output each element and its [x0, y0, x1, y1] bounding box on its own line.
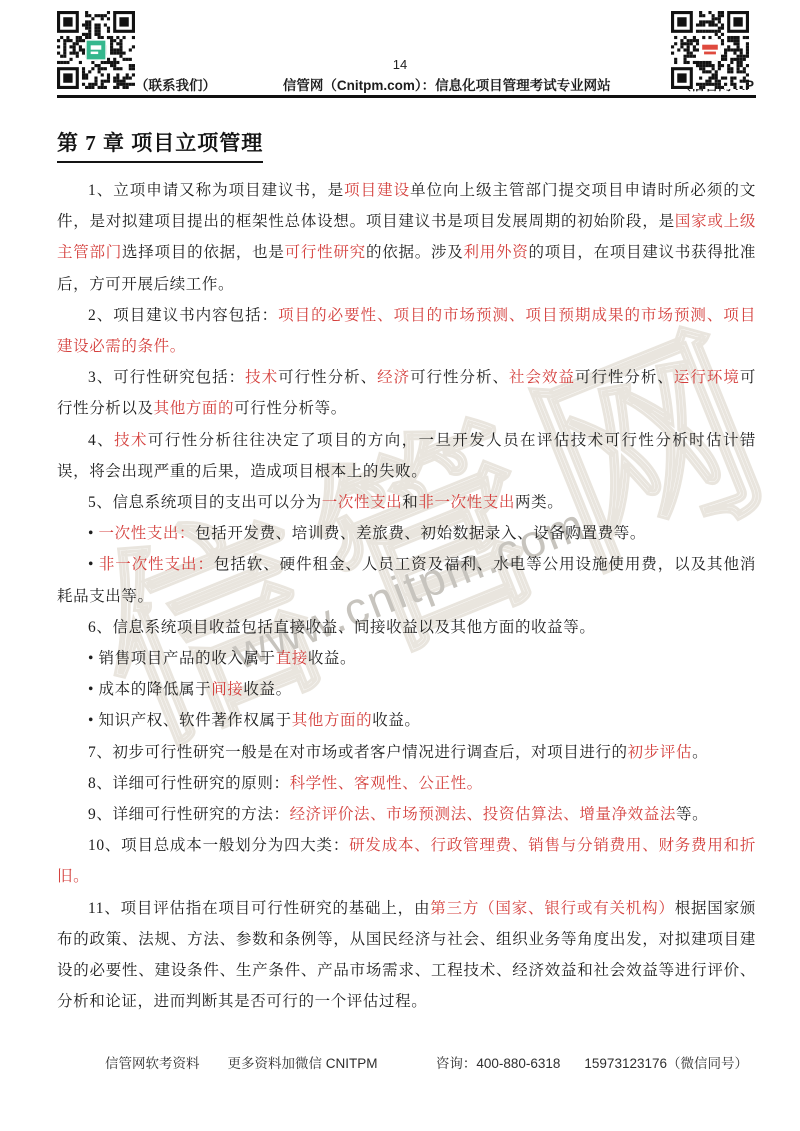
text-segment: 1、立项申请又称为项目建议书，是: [88, 182, 344, 199]
text-segment: 等。: [676, 806, 708, 823]
text-segment: 非一次性支出：: [99, 556, 214, 573]
footer-right-group: 咨询：400-880-6318 15973123176（微信同号）: [436, 1052, 748, 1072]
text-segment: 6、信息系统项目收益包括直接收益、间接收益以及其他方面的收益等。: [88, 619, 595, 636]
text-segment: 第三方（国家、银行或有关机构）: [430, 900, 674, 917]
text-segment: 可行性分析、: [410, 369, 509, 386]
text-segment: 4、: [88, 432, 114, 449]
text-segment: 两类。: [515, 494, 563, 511]
text-segment: 经济: [377, 369, 410, 386]
footer-phone: 15973123176（微信同号）: [584, 1052, 748, 1072]
text-segment: 2、项目建议书内容包括：: [88, 307, 278, 324]
text-segment: 一次性支出: [322, 494, 403, 511]
document-page: 信管网 www.cnitpm.com 14 （联系我们） 信管网（Cnitpm.…: [0, 0, 800, 1131]
paragraph: 5、信息系统项目的支出可以分为一次性支出和非一次性支出两类。: [57, 487, 756, 518]
paragraph: 2、项目建议书内容包括：项目的必要性、项目的市场预测、项目预期成果的市场预测、项…: [57, 300, 756, 362]
footer: 信管网软考资料 更多资料加微信 CNITPM 咨询：400-880-6318 1…: [57, 1052, 756, 1072]
text-segment: 运行环境: [674, 369, 740, 386]
text-segment: •: [88, 525, 99, 542]
body-content: 1、立项申请又称为项目建议书，是项目建设单位向上级主管部门提交项目申请时所必须的…: [57, 175, 756, 1017]
text-segment: 初步评估: [628, 744, 692, 761]
text-segment: •: [88, 556, 99, 573]
footer-wechat-label: 更多资料加微信 CNITPM: [228, 1052, 378, 1072]
qr-code-left: [57, 11, 135, 89]
text-segment: 5、信息系统项目的支出可以分为: [88, 494, 322, 511]
text-segment: 7、初步可行性研究一般是在对市场或者客户情况进行调查后，对项目进行的: [88, 744, 628, 761]
paragraph: • 一次性支出：包括开发费、培训费、差旅费、初始数据录入、设备购置费等。: [57, 518, 756, 549]
paragraph: 11、项目评估指在项目可行性研究的基础上，由第三方（国家、银行或有关机构）根据国…: [57, 893, 756, 1018]
footer-brand-label: 信管网软考资料: [105, 1052, 200, 1072]
paragraph: 10、项目总成本一般划分为四大类：研发成本、行政管理费、销售与分销费用、财务费用…: [57, 830, 756, 892]
header-rule: [57, 95, 756, 98]
paragraph: • 非一次性支出：包括软、硬件租金、人员工资及福利、水电等公用设施使用费，以及其…: [57, 549, 756, 611]
header-site-caption: 信管网（Cnitpm.com）：信息化项目管理考试专业网站: [216, 74, 677, 94]
text-segment: 收益。: [372, 712, 420, 729]
header-contact-caption: （联系我们）: [135, 74, 216, 94]
text-segment: 8、详细可行性研究的原则：: [88, 775, 290, 792]
text-segment: 其他方面的: [292, 712, 373, 729]
paragraph: • 销售项目产品的收入属于直接收益。: [57, 643, 756, 674]
text-segment: 10、项目总成本一般划分为四大类：: [88, 837, 349, 854]
text-segment: 经济评价法、市场预测法、投资估算法、增量净效益法: [290, 806, 676, 823]
text-segment: • 销售项目产品的收入属于: [88, 650, 276, 667]
text-segment: • 知识产权、软件著作权属于: [88, 712, 292, 729]
text-segment: 可行性分析、: [278, 369, 377, 386]
text-segment: 间接: [211, 681, 243, 698]
text-segment: 。: [692, 744, 708, 761]
chapter-title: 第 7 章 项目立项管理: [57, 127, 263, 163]
footer-left-group: 信管网软考资料 更多资料加微信 CNITPM: [105, 1052, 378, 1072]
text-segment: 一次性支出：: [99, 525, 196, 542]
text-segment: 11、项目评估指在项目可行性研究的基础上，由: [88, 900, 430, 917]
text-segment: 和: [402, 494, 418, 511]
text-segment: • 成本的降低属于: [88, 681, 211, 698]
text-segment: 可行性分析、: [575, 369, 674, 386]
text-segment: 可行性分析往往决定了项目的方向，一旦开发人员在评估技术可行性分析时估计错误，将会…: [57, 432, 756, 480]
paragraph: 6、信息系统项目收益包括直接收益、间接收益以及其他方面的收益等。: [57, 612, 756, 643]
text-segment: 非一次性支出: [418, 494, 515, 511]
paragraph: 9、详细可行性研究的方法：经济评价法、市场预测法、投资估算法、增量净效益法等。: [57, 799, 756, 830]
text-segment: 技术: [245, 369, 278, 386]
header-strip: （联系我们） 信管网（Cnitpm.com）：信息化项目管理考试专业网站 （信管…: [57, 75, 756, 94]
text-segment: 社会效益: [509, 369, 575, 386]
text-segment: 项目建设: [344, 182, 410, 199]
qr-code-right: [671, 11, 749, 89]
text-segment: 选择项目的依据，也是: [122, 244, 285, 261]
footer-hotline: 咨询：400-880-6318: [436, 1052, 561, 1072]
text-segment: 其他方面的: [154, 400, 235, 417]
text-segment: 科学性、客观性、公正性。: [290, 775, 483, 792]
paragraph: 7、初步可行性研究一般是在对市场或者客户情况进行调查后，对项目进行的初步评估。: [57, 737, 756, 768]
paragraph: 4、技术可行性分析往往决定了项目的方向，一旦开发人员在评估技术可行性分析时估计错…: [57, 425, 756, 487]
paragraph: • 知识产权、软件著作权属于其他方面的收益。: [57, 705, 756, 736]
text-segment: 收益。: [243, 681, 291, 698]
paragraph: • 成本的降低属于间接收益。: [57, 674, 756, 705]
text-segment: 技术: [114, 432, 148, 449]
paragraph: 1、立项申请又称为项目建议书，是项目建设单位向上级主管部门提交项目申请时所必须的…: [57, 175, 756, 300]
text-segment: 利用外资: [464, 244, 529, 261]
text-segment: 可行性研究: [285, 244, 366, 261]
text-segment: 的依据。涉及: [366, 244, 464, 261]
text-segment: 3、可行性研究包括：: [88, 369, 245, 386]
paragraph: 8、详细可行性研究的原则：科学性、客观性、公正性。: [57, 768, 756, 799]
text-segment: 9、详细可行性研究的方法：: [88, 806, 290, 823]
text-segment: 收益。: [308, 650, 356, 667]
text-segment: 可行性分析等。: [234, 400, 347, 417]
paragraph: 3、可行性研究包括：技术可行性分析、经济可行性分析、社会效益可行性分析、运行环境…: [57, 362, 756, 424]
text-segment: 包括开发费、培训费、差旅费、初始数据录入、设备购置费等。: [195, 525, 646, 542]
text-segment: 直接: [276, 650, 308, 667]
